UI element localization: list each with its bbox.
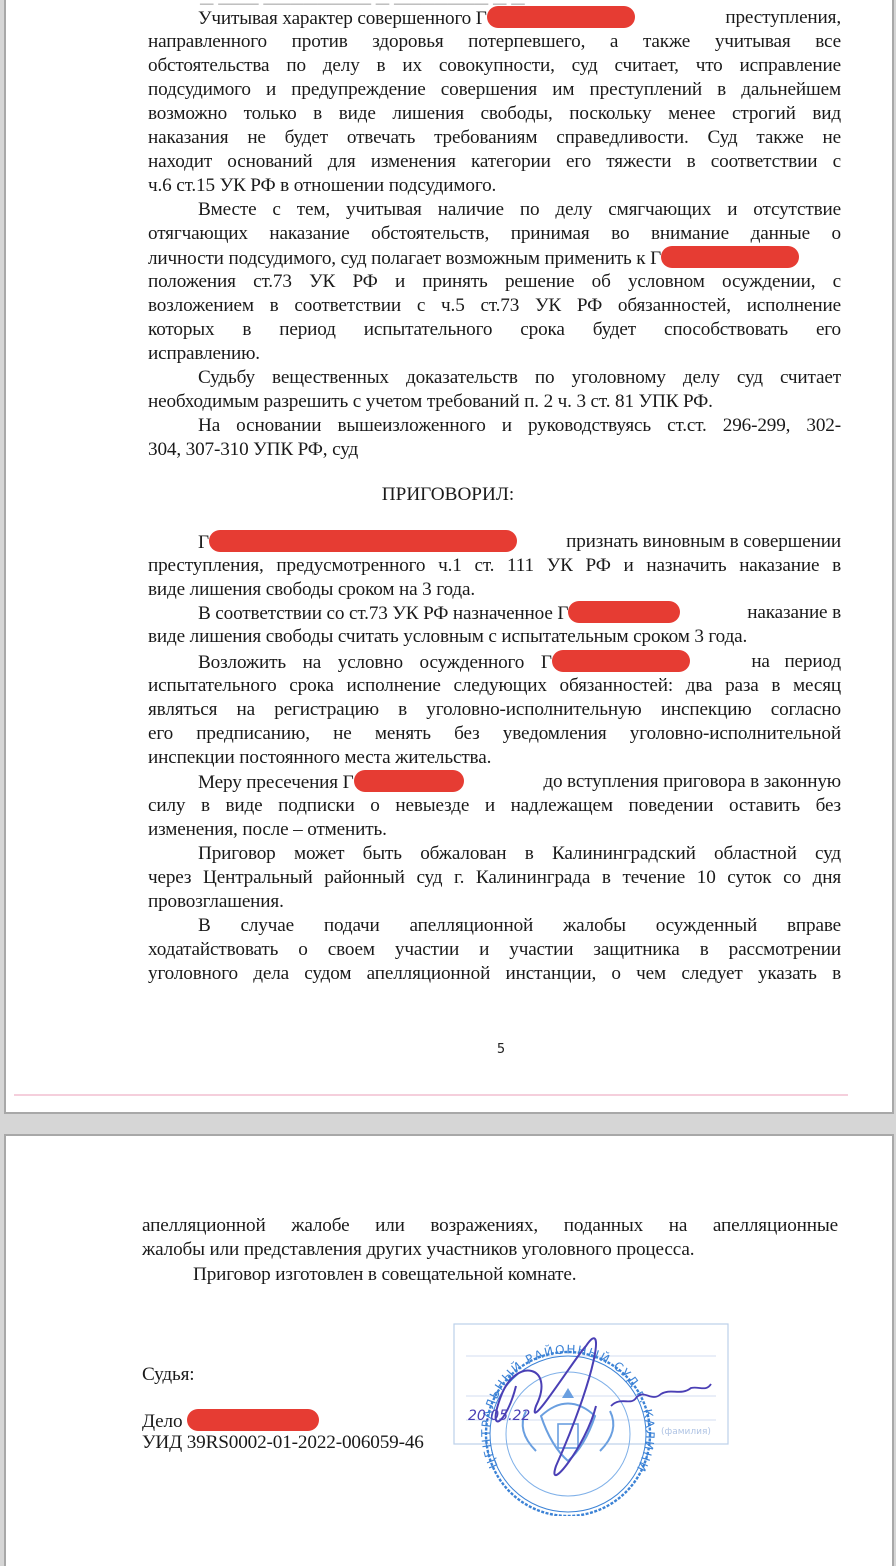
redaction xyxy=(552,650,690,672)
svg-text:ЦЕНТРАЛЬНЫЙ РАЙОННЫЙ СУД г. КА: ЦЕНТРАЛЬНЫЙ РАЙОННЫЙ СУД г. КАЛИНИНГРАДА xyxy=(446,1316,657,1475)
paragraph-line: исправлению. xyxy=(148,342,841,366)
paragraph-line: возложением в соответствии с ч.5 ст.73 У… xyxy=(148,294,841,318)
paragraph-line: В соответствии со ст.73 УК РФ назначенно… xyxy=(198,601,841,626)
paragraph-line: 304, 307-310 УПК РФ, суд xyxy=(148,438,841,462)
paragraph-line: являться на регистрацию в уголовно-испол… xyxy=(148,698,841,722)
paragraph-line: виде лишения свободы считать условным с … xyxy=(148,625,841,649)
paragraph-line: преступления, предусмотренного ч.1 ст. 1… xyxy=(148,554,841,578)
paragraph-line: изменения, после – отменить. xyxy=(148,818,841,842)
court-stamp-seal: ЦЕНТРАЛЬНЫЙ РАЙОННЫЙ СУД г. КАЛИНИНГРАДА… xyxy=(446,1316,746,1516)
paragraph-line: Гпризнать виновным в совершении xyxy=(198,530,841,555)
footer-rule xyxy=(14,1094,848,1096)
paragraph-line: В случае подачи апелляционной жалобы осу… xyxy=(198,914,841,938)
paragraph-line: инспекции постоянного места жительства. xyxy=(148,746,841,770)
redaction xyxy=(568,601,680,623)
page-number: 5 xyxy=(0,1042,896,1057)
paragraph-line: Приговор изготовлен в совещательной комн… xyxy=(193,1263,886,1287)
redaction xyxy=(487,6,635,28)
paragraph-line: Учитывая характер совершенного Гпреступл… xyxy=(198,6,841,31)
paragraph-line: отягчающих наказание обстоятельств, прин… xyxy=(148,222,841,246)
paragraph-line: личности подсудимого, суд полагает возмо… xyxy=(148,246,841,271)
paragraph-line: ч.6 ст.15 УК РФ в отношении подсудимого. xyxy=(148,174,841,198)
paragraph-line: направленного против здоровья потерпевше… xyxy=(148,30,841,54)
paragraph-line: возможно только в виде лишения свободы, … xyxy=(148,102,841,126)
paragraph-line: Судьбу вещественных доказательств по уго… xyxy=(198,366,841,390)
paragraph-line: жалобы или представления других участник… xyxy=(142,1238,835,1262)
paragraph-line: силу в виде подписки о невыезде и надлеж… xyxy=(148,794,841,818)
paragraph-line: через Центральный районный суд г. Калини… xyxy=(148,866,841,890)
paragraph-line: Вместе с тем, учитывая наличие по делу с… xyxy=(198,198,841,222)
verdict-heading: ПРИГОВОРИЛ: xyxy=(0,484,896,506)
paragraph-line: находит оснований для изменения категори… xyxy=(148,150,841,174)
paragraph-line: Меру пресечения Гдо вступления приговора… xyxy=(198,770,841,795)
redaction xyxy=(661,246,799,268)
paragraph-line: уголовного дела судом апелляционной инст… xyxy=(148,962,841,986)
paragraph-line: виде лишения свободы сроком на 3 года. xyxy=(148,578,841,602)
paragraph-line: Приговор может быть обжалован в Калининг… xyxy=(198,842,841,866)
svg-text:(фамилия): (фамилия) xyxy=(661,1427,711,1437)
paragraph-line: испытательного срока исполнение следующи… xyxy=(148,674,841,698)
redaction xyxy=(187,1409,319,1431)
paragraph-line: которых в период испытательного срока бу… xyxy=(148,318,841,342)
paragraph-line: провозглашения. xyxy=(148,890,841,914)
paragraph-line: подсудимого и предупреждение совершения … xyxy=(148,78,841,102)
paragraph-line: необходимым разрешить с учетом требовани… xyxy=(148,390,841,414)
redaction xyxy=(354,770,464,792)
paragraph-line: ходатайствовать о своем участии и участи… xyxy=(148,938,841,962)
paragraph-line: На основании вышеизложенного и руководст… xyxy=(198,414,841,438)
paragraph-line: наказания не будет отвечать требованиям … xyxy=(148,126,841,150)
svg-text:20.05.22: 20.05.22 xyxy=(468,1408,530,1424)
paragraph-line: Возложить на условно осужденного Гна пер… xyxy=(198,650,841,675)
paragraph-line: обстоятельства по делу в их совокупности… xyxy=(148,54,841,78)
redaction xyxy=(209,530,517,552)
paragraph-line: апелляционной жалобе или возражениях, по… xyxy=(142,1214,838,1238)
paragraph-line: его предписанию, не менять без уведомлен… xyxy=(148,722,841,746)
paragraph-line: положения ст.73 УК РФ и принять решение … xyxy=(148,270,841,294)
